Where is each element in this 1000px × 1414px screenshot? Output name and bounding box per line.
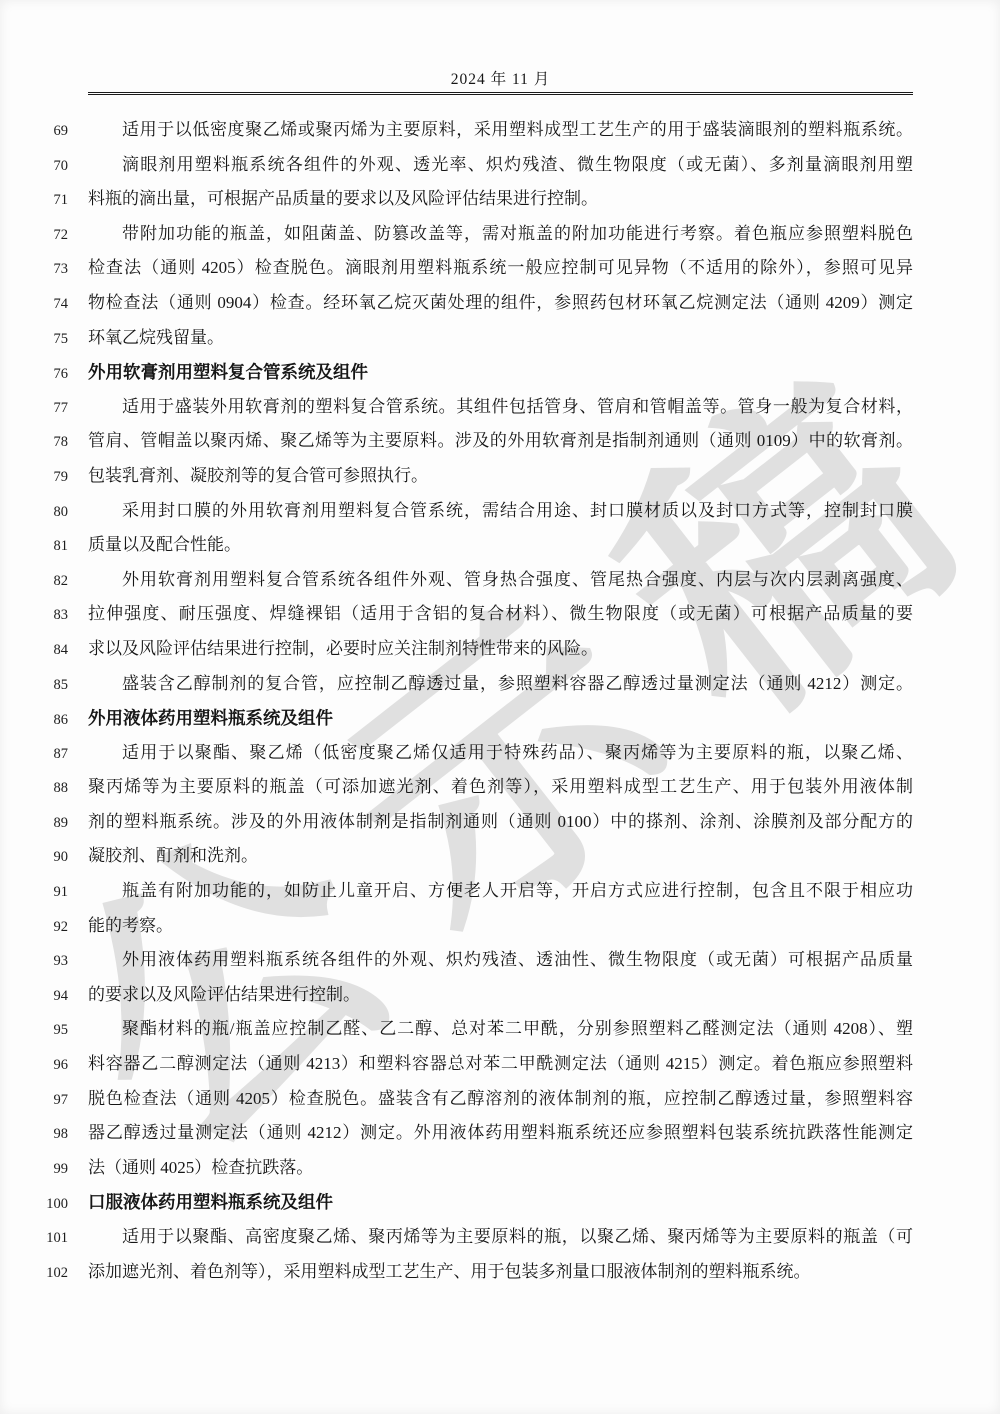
line-number: 79	[0, 460, 68, 495]
line-text: 瓶盖有附加功能的，如防止儿童开启、方便老人开启等，开启方式应进行控制，包含且不限…	[88, 874, 913, 909]
line-text: 添加遮光剂、着色剂等），采用塑料成型工艺生产、用于包装多剂量口服液体制剂的塑料瓶…	[88, 1255, 913, 1290]
line-number: 78	[0, 425, 68, 460]
header-rule	[88, 92, 913, 95]
line-row: 73检查法（通则 4205）检查脱色。滴眼剂用塑料瓶系统一般应控制可见异物（不适…	[0, 251, 1000, 286]
line-text: 质量以及配合性能。	[88, 528, 913, 563]
line-row: 93外用液体药用塑料瓶系统各组件的外观、炽灼残渣、透油性、微生物限度（或无菌）可…	[0, 943, 1000, 978]
line-number: 100	[0, 1187, 68, 1222]
line-number: 83	[0, 598, 68, 633]
line-text: 带附加功能的瓶盖，如阻菌盖、防篡改盖等，需对瓶盖的附加功能进行考察。着色瓶应参照…	[88, 217, 913, 252]
line-number: 84	[0, 633, 68, 668]
line-text: 求以及风险评估结果进行控制，必要时应关注制剂特性带来的风险。	[88, 632, 913, 667]
line-row: 95聚酯材料的瓶/瓶盖应控制乙醛、乙二醇、总对苯二甲酰，分别参照塑料乙醛测定法（…	[0, 1012, 1000, 1047]
line-row: 90凝胶剂、酊剂和洗剂。	[0, 839, 1000, 874]
line-text: 环氧乙烷残留量。	[88, 321, 913, 356]
section-heading: 外用软膏剂用塑料复合管系统及组件	[88, 355, 913, 390]
line-row: 76外用软膏剂用塑料复合管系统及组件	[0, 355, 1000, 390]
line-row: 70滴眼剂用塑料瓶系统各组件的外观、透光率、炽灼残渣、微生物限度（或无菌）、多剂…	[0, 148, 1000, 183]
line-row: 69适用于以低密度聚乙烯或聚丙烯为主要原料，采用塑料成型工艺生产的用于盛装滴眼剂…	[0, 113, 1000, 148]
line-number: 87	[0, 737, 68, 772]
line-number: 89	[0, 806, 68, 841]
line-number: 94	[0, 979, 68, 1014]
line-number: 88	[0, 771, 68, 806]
line-text: 剂的塑料瓶系统。涉及的外用液体制剂是指制剂通则（通则 0100）中的搽剂、涂剂、…	[88, 805, 913, 840]
line-text: 管肩、管帽盖以聚丙烯、聚乙烯等为主要原料。涉及的外用软膏剂是指制剂通则（通则 0…	[88, 424, 913, 459]
line-text: 料容器乙二醇测定法（通则 4213）和塑料容器总对苯二甲酰测定法（通则 4215…	[88, 1047, 913, 1082]
line-row: 89剂的塑料瓶系统。涉及的外用液体制剂是指制剂通则（通则 0100）中的搽剂、涂…	[0, 805, 1000, 840]
line-row: 85盛装含乙醇制剂的复合管，应控制乙醇透过量，参照塑料容器乙醇透过量测定法（通则…	[0, 667, 1000, 702]
line-text: 脱色检查法（通则 4205）检查脱色。盛装含有乙醇溶剂的液体制剂的瓶，应控制乙醇…	[88, 1082, 913, 1117]
line-row: 78管肩、管帽盖以聚丙烯、聚乙烯等为主要原料。涉及的外用软膏剂是指制剂通则（通则…	[0, 424, 1000, 459]
line-text: 滴眼剂用塑料瓶系统各组件的外观、透光率、炽灼残渣、微生物限度（或无菌）、多剂量滴…	[88, 148, 913, 183]
line-number: 97	[0, 1083, 68, 1118]
line-number: 82	[0, 564, 68, 599]
section-heading: 外用液体药用塑料瓶系统及组件	[88, 701, 913, 736]
line-row: 100口服液体药用塑料瓶系统及组件	[0, 1185, 1000, 1220]
line-text: 法（通则 4025）检查抗跌落。	[88, 1151, 913, 1186]
line-row: 91瓶盖有附加功能的，如防止儿童开启、方便老人开启等，开启方式应进行控制，包含且…	[0, 874, 1000, 909]
line-row: 83拉伸强度、耐压强度、焊缝裸铝（适用于含铝的复合材料）、微生物限度（或无菌）可…	[0, 597, 1000, 632]
line-row: 101适用于以聚酯、高密度聚乙烯、聚丙烯等为主要原料的瓶，以聚乙烯、聚丙烯等为主…	[0, 1220, 1000, 1255]
line-row: 87适用于以聚酯、聚乙烯（低密度聚乙烯仅适用于特殊药品）、聚丙烯等为主要原料的瓶…	[0, 736, 1000, 771]
line-text: 适用于以低密度聚乙烯或聚丙烯为主要原料，采用塑料成型工艺生产的用于盛装滴眼剂的塑…	[88, 113, 913, 148]
line-text: 拉伸强度、耐压强度、焊缝裸铝（适用于含铝的复合材料）、微生物限度（或无菌）可根据…	[88, 597, 913, 632]
line-row: 79包装乳膏剂、凝胶剂等的复合管可参照执行。	[0, 459, 1000, 494]
line-text: 适用于以聚酯、聚乙烯（低密度聚乙烯仅适用于特殊药品）、聚丙烯等为主要原料的瓶，以…	[88, 736, 913, 771]
line-row: 97脱色检查法（通则 4205）检查脱色。盛装含有乙醇溶剂的液体制剂的瓶，应控制…	[0, 1082, 1000, 1117]
line-row: 94的要求以及风险评估结果进行控制。	[0, 978, 1000, 1013]
line-number: 90	[0, 840, 68, 875]
line-number: 102	[0, 1256, 68, 1291]
line-number: 96	[0, 1048, 68, 1083]
line-row: 71料瓶的滴出量，可根据产品质量的要求以及风险评估结果进行控制。	[0, 182, 1000, 217]
line-number: 101	[0, 1221, 68, 1256]
line-number: 86	[0, 703, 68, 738]
document-lines: 69适用于以低密度聚乙烯或聚丙烯为主要原料，采用塑料成型工艺生产的用于盛装滴眼剂…	[0, 113, 1000, 1289]
line-number: 91	[0, 875, 68, 910]
line-text: 外用软膏剂用塑料复合管系统各组件外观、管身热合强度、管尾热合强度、内层与次内层剥…	[88, 563, 913, 598]
line-row: 99法（通则 4025）检查抗跌落。	[0, 1151, 1000, 1186]
line-text: 的要求以及风险评估结果进行控制。	[88, 978, 913, 1013]
line-number: 71	[0, 183, 68, 218]
line-text: 凝胶剂、酊剂和洗剂。	[88, 839, 913, 874]
line-row: 74物检查法（通则 0904）检查。经环氧乙烷灭菌处理的组件，参照药包材环氧乙烷…	[0, 286, 1000, 321]
line-text: 适用于以聚酯、高密度聚乙烯、聚丙烯等为主要原料的瓶，以聚乙烯、聚丙烯等为主要原料…	[88, 1220, 913, 1255]
line-text: 聚丙烯等为主要原料的瓶盖（可添加遮光剂、着色剂等），采用塑料成型工艺生产、用于包…	[88, 770, 913, 805]
line-number: 85	[0, 668, 68, 703]
line-number: 98	[0, 1117, 68, 1152]
line-text: 外用液体药用塑料瓶系统各组件的外观、炽灼残渣、透油性、微生物限度（或无菌）可根据…	[88, 943, 913, 978]
page-header-date: 2024 年 11 月	[88, 69, 913, 91]
line-row: 98器乙醇透过量测定法（通则 4212）测定。外用液体药用塑料瓶系统还应参照塑料…	[0, 1116, 1000, 1151]
line-text: 料瓶的滴出量，可根据产品质量的要求以及风险评估结果进行控制。	[88, 182, 913, 217]
line-row: 81质量以及配合性能。	[0, 528, 1000, 563]
line-number: 76	[0, 357, 68, 392]
line-row: 84求以及风险评估结果进行控制，必要时应关注制剂特性带来的风险。	[0, 632, 1000, 667]
section-heading: 口服液体药用塑料瓶系统及组件	[88, 1185, 913, 1220]
line-number: 75	[0, 322, 68, 357]
line-row: 80采用封口膜的外用软膏剂用塑料复合管系统，需结合用途、封口膜材质以及封口方式等…	[0, 494, 1000, 529]
line-row: 86外用液体药用塑料瓶系统及组件	[0, 701, 1000, 736]
line-number: 93	[0, 944, 68, 979]
line-row: 96料容器乙二醇测定法（通则 4213）和塑料容器总对苯二甲酰测定法（通则 42…	[0, 1047, 1000, 1082]
line-number: 81	[0, 529, 68, 564]
line-row: 88聚丙烯等为主要原料的瓶盖（可添加遮光剂、着色剂等），采用塑料成型工艺生产、用…	[0, 770, 1000, 805]
line-number: 72	[0, 218, 68, 253]
line-row: 77适用于盛装外用软膏剂的塑料复合管系统。其组件包括管身、管肩和管帽盖等。管身一…	[0, 390, 1000, 425]
line-text: 检查法（通则 4205）检查脱色。滴眼剂用塑料瓶系统一般应控制可见异物（不适用的…	[88, 251, 913, 286]
line-text: 盛装含乙醇制剂的复合管，应控制乙醇透过量，参照塑料容器乙醇透过量测定法（通则 4…	[88, 667, 913, 702]
line-number: 77	[0, 391, 68, 426]
line-text: 聚酯材料的瓶/瓶盖应控制乙醛、乙二醇、总对苯二甲酰，分别参照塑料乙醛测定法（通则…	[88, 1012, 913, 1047]
line-text: 采用封口膜的外用软膏剂用塑料复合管系统，需结合用途、封口膜材质以及封口方式等，控…	[88, 494, 913, 529]
line-number: 73	[0, 252, 68, 287]
line-number: 99	[0, 1152, 68, 1187]
line-text: 物检查法（通则 0904）检查。经环氧乙烷灭菌处理的组件，参照药包材环氧乙烷测定…	[88, 286, 913, 321]
line-number: 92	[0, 910, 68, 945]
line-text: 能的考察。	[88, 909, 913, 944]
line-number: 69	[0, 114, 68, 149]
line-text: 适用于盛装外用软膏剂的塑料复合管系统。其组件包括管身、管肩和管帽盖等。管身一般为…	[88, 390, 913, 425]
line-row: 75环氧乙烷残留量。	[0, 321, 1000, 356]
line-row: 72带附加功能的瓶盖，如阻菌盖、防篡改盖等，需对瓶盖的附加功能进行考察。着色瓶应…	[0, 217, 1000, 252]
line-text: 器乙醇透过量测定法（通则 4212）测定。外用液体药用塑料瓶系统还应参照塑料包装…	[88, 1116, 913, 1151]
line-number: 80	[0, 495, 68, 530]
line-number: 95	[0, 1013, 68, 1048]
line-number: 70	[0, 149, 68, 184]
document-page: 公示稿 2024 年 11 月 69适用于以低密度聚乙烯或聚丙烯为主要原料，采用…	[0, 0, 1000, 1414]
line-row: 92能的考察。	[0, 909, 1000, 944]
line-text: 包装乳膏剂、凝胶剂等的复合管可参照执行。	[88, 459, 913, 494]
line-row: 102添加遮光剂、着色剂等），采用塑料成型工艺生产、用于包装多剂量口服液体制剂的…	[0, 1255, 1000, 1290]
line-number: 74	[0, 287, 68, 322]
line-row: 82外用软膏剂用塑料复合管系统各组件外观、管身热合强度、管尾热合强度、内层与次内…	[0, 563, 1000, 598]
